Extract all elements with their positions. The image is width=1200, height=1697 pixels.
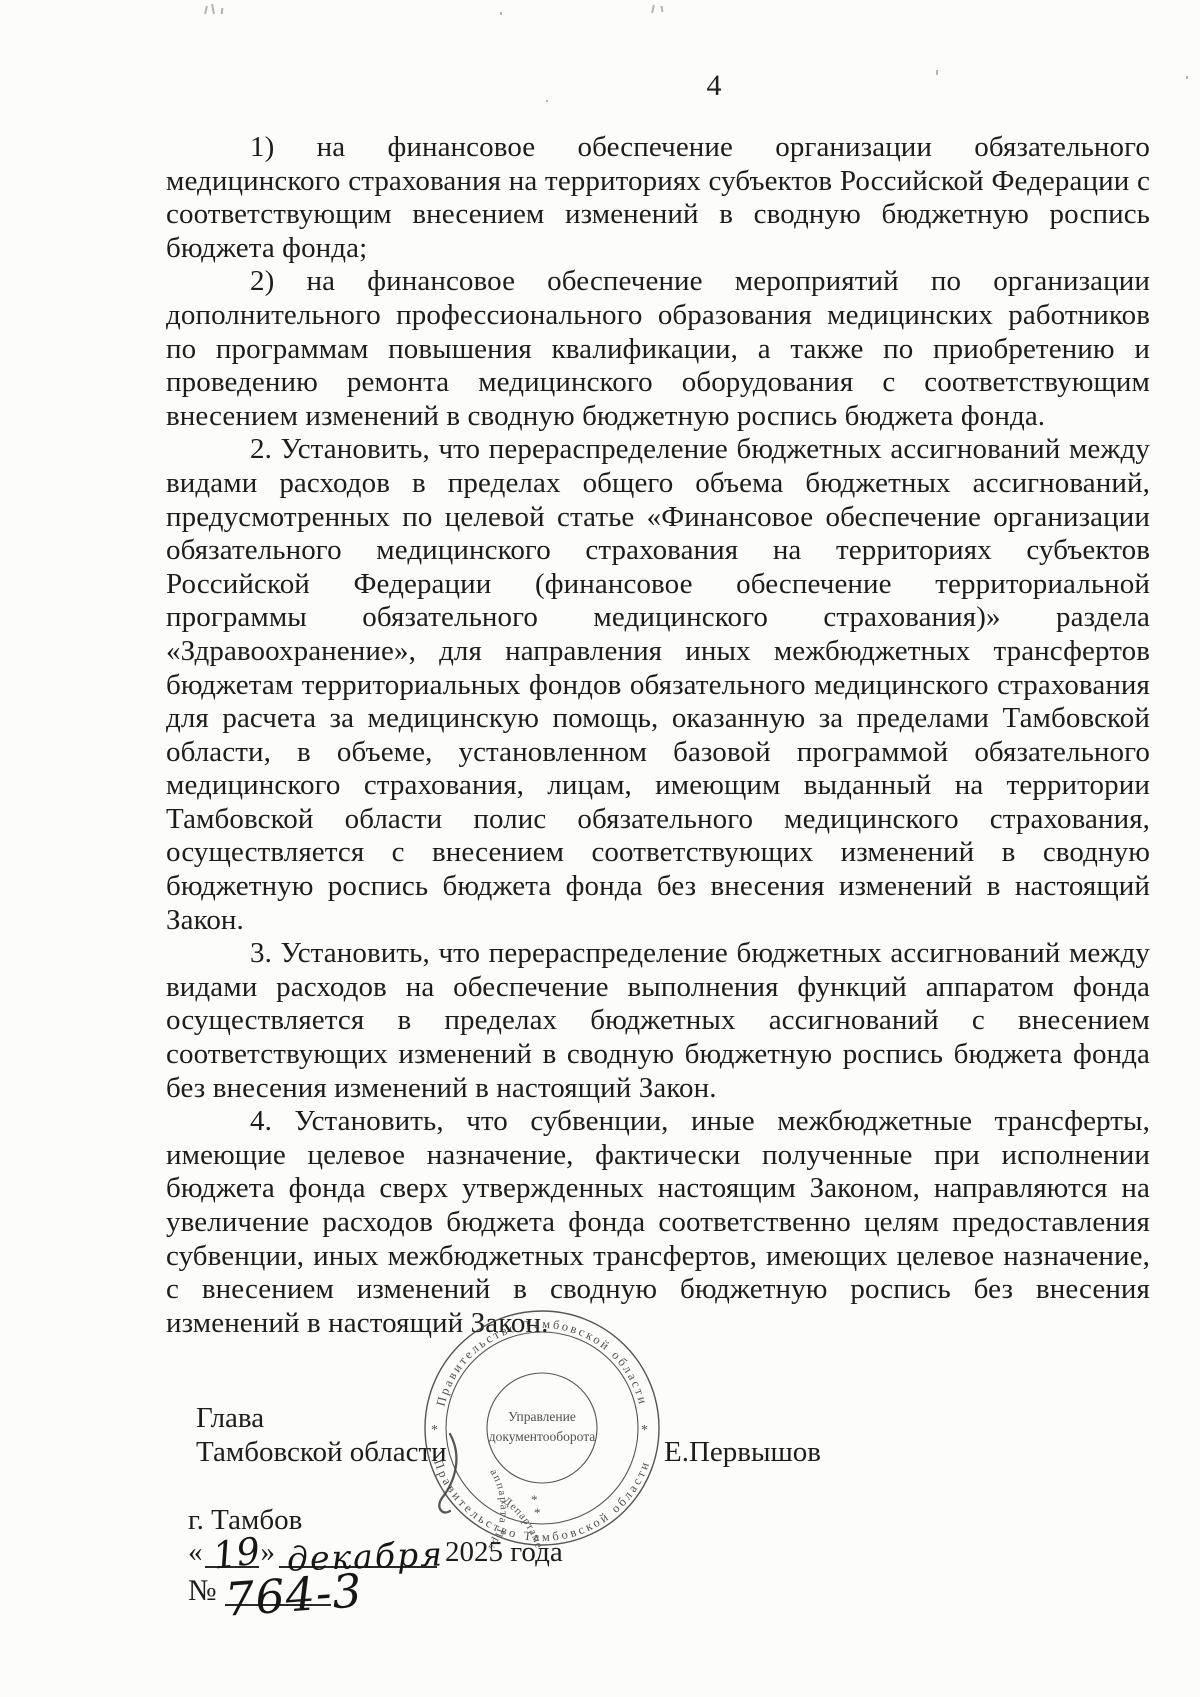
number-blank: 764-3: [225, 1574, 331, 1606]
stamp-separator-right: *: [641, 1423, 648, 1438]
scan-artifact: [936, 70, 938, 75]
document-body: 1) на финансовое обеспечение организации…: [166, 131, 1150, 1340]
signer-title-line2: Тамбовской области: [196, 1435, 447, 1469]
stamp-outer-ring-bottom: Правительство Тамбовской области: [431, 1458, 653, 1545]
handwritten-number: 764-3: [224, 1575, 363, 1615]
signer-name: Е.Первышов: [664, 1435, 821, 1469]
handwritten-day: 19: [211, 1535, 262, 1573]
signer-title-line1: Глава: [196, 1401, 447, 1435]
official-stamp: Правительство Тамбовской области Правите…: [422, 1308, 662, 1548]
scan-artifact: [1186, 76, 1188, 79]
day-blank: 19: [205, 1536, 259, 1568]
stamp-center-line1: Управление: [508, 1409, 576, 1424]
scan-artifact: [211, 4, 215, 14]
number-line: №764-3: [188, 1574, 331, 1606]
scan-artifact: [546, 100, 548, 102]
open-quote: «: [188, 1536, 203, 1568]
stamp-separator-mid-lower: *: [534, 1505, 541, 1520]
page-number: 4: [694, 70, 734, 102]
paragraph-item-3: 3. Установить, что перераспределение бюд…: [166, 937, 1150, 1105]
paragraph-item-2: 2. Установить, что перераспределение бюд…: [166, 433, 1150, 937]
scan-artifact: [661, 6, 664, 12]
scan-artifact: [500, 12, 502, 15]
paragraph-subitem-1: 1) на финансовое обеспечение организации…: [166, 131, 1150, 265]
paragraph-item-4: 4. Установить, что субвенции, иные межбю…: [166, 1105, 1150, 1340]
stamp-outer-ring-top: Правительство Тамбовской области: [433, 1317, 650, 1408]
scan-artifact: [221, 8, 224, 14]
scanned-document-page: 4 1) на финансовое обеспечение организац…: [0, 0, 1200, 1697]
close-quote: »: [261, 1536, 276, 1568]
paragraph-subitem-2: 2) на финансовое обеспечение мероприятий…: [166, 265, 1150, 433]
stamp-separator-left: *: [431, 1423, 438, 1438]
number-sign: №: [188, 1574, 217, 1607]
signer-title: Глава Тамбовской области: [196, 1401, 447, 1469]
stamp-center-line2: документооборота: [489, 1429, 596, 1444]
scan-artifact: [204, 6, 208, 14]
scan-artifact: [651, 5, 655, 13]
